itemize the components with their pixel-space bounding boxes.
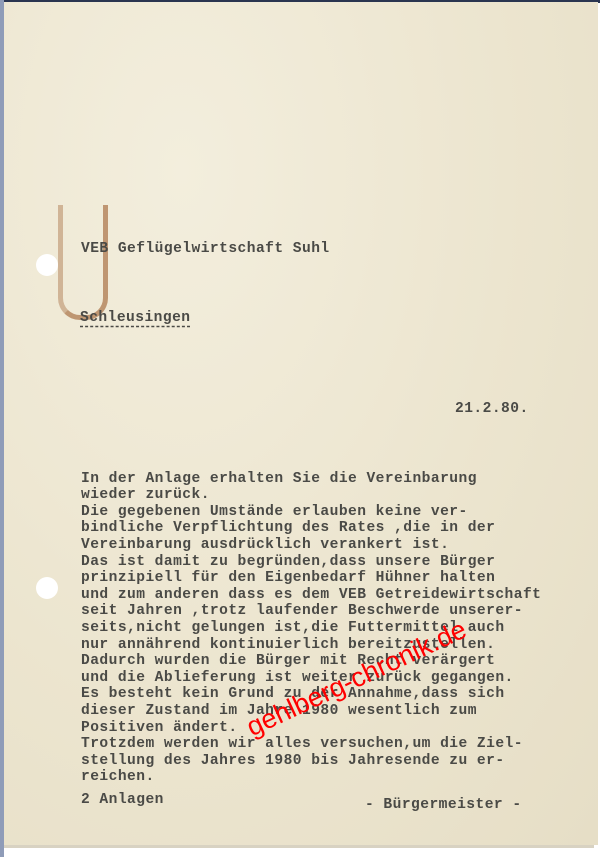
enclosures-note: 2 Anlagen xyxy=(81,792,164,808)
letter-date: 21.2.80. xyxy=(455,401,529,417)
body-line: seit Jahren ,trotz laufender Beschwerde … xyxy=(81,603,541,620)
body-line: In der Anlage erhalten Sie die Vereinbar… xyxy=(81,471,541,488)
body-line: Trotzdem werden wir alles versuchen,um d… xyxy=(81,736,541,753)
body-line: Vereinbarung ausdrücklich verankert ist. xyxy=(81,537,541,554)
body-line: bindliche Verpflichtung des Rates ,die i… xyxy=(81,520,541,537)
body-line: stellung des Jahres 1980 bis Jahresende … xyxy=(81,753,541,770)
recipient-location: Schleusingen xyxy=(80,310,191,326)
signature-title: - Bürgermeister - xyxy=(365,797,522,813)
body-line: Dadurch wurden die Bürger mit Recht verä… xyxy=(81,653,541,670)
body-line: nur annährend kontinuierlich bereitzuste… xyxy=(81,637,541,654)
page-edge-shadow xyxy=(4,845,594,848)
punch-hole-top xyxy=(36,254,58,276)
body-line: Positiven ändert. xyxy=(81,720,541,737)
recipient-name: VEB Geflügelwirtschaft Suhl xyxy=(81,241,330,257)
letter-body: In der Anlage erhalten Sie die Vereinbar… xyxy=(81,454,541,802)
body-line: reichen. xyxy=(81,769,541,786)
paperclip-rust-stain xyxy=(58,205,108,320)
body-line: Die gegebenen Umstände erlauben keine ve… xyxy=(81,504,541,521)
body-line: und zum anderen dass es dem VEB Getreide… xyxy=(81,587,541,604)
punch-hole-bottom xyxy=(36,577,58,599)
body-line: Das ist damit zu begründen,dass unsere B… xyxy=(81,554,541,571)
body-line: wieder zurück. xyxy=(81,487,541,504)
body-line: seits,nicht gelungen ist,die Futtermitte… xyxy=(81,620,541,637)
body-line: prinzipiell für den Eigenbedarf Hühner h… xyxy=(81,570,541,587)
